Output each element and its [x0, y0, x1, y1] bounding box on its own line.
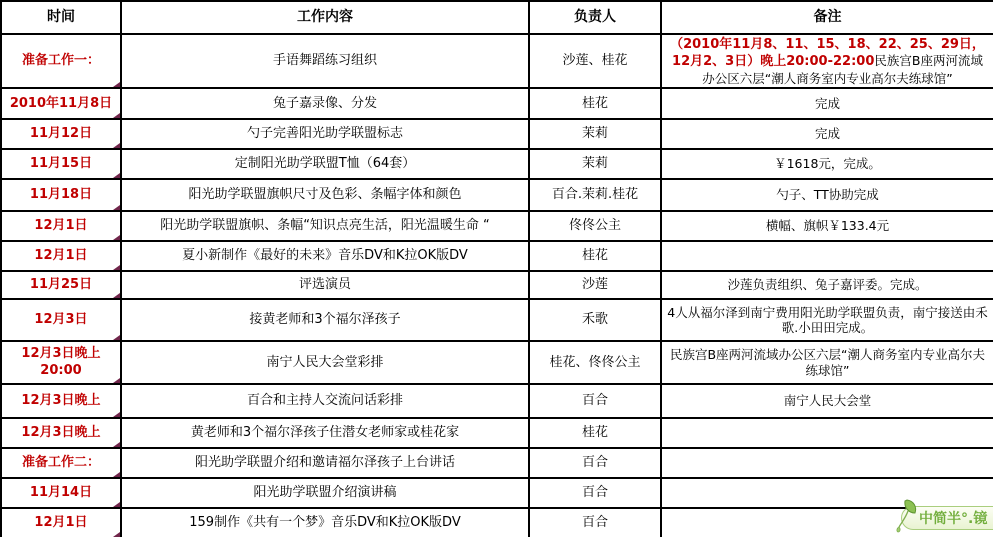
table-row: 12月3日接黄老师和3个福尔泽孩子禾歌4人从福尔泽到南宁费用阳光助学联盟负责，南… [1, 299, 993, 341]
content-cell: 阳光助学联盟介绍演讲稿 [121, 478, 529, 508]
note-cell: 4人从福尔泽到南宁费用阳光助学联盟负责，南宁接送由禾歌.小田田完成。 [661, 299, 993, 341]
content-cell: 百合和主持人交流问话彩排 [121, 384, 529, 418]
time-cell: 12月1日 [1, 241, 121, 271]
note-cell: ￥1618元，完成。 [661, 149, 993, 179]
owner-cell: 茉莉 [529, 149, 661, 179]
content-cell: 勺子完善阳光助学联盟标志 [121, 119, 529, 149]
note-cell: 勺子、TT协助完成 [661, 179, 993, 211]
note-cell: 民族宫B座两河流域办公区六层“潮人商务室内专业高尔夫练球馆” [661, 341, 993, 384]
schedule-table-image: 时间 工作内容 负责人 备注 准备工作一：手语舞蹈练习组织沙莲、桂花（2010年… [0, 0, 993, 537]
time-cell: 12月3日晚上 [1, 418, 121, 448]
note-text: 沙莲负责组织、兔子嘉评委。完成。 [727, 277, 927, 292]
owner-cell: 茉莉 [529, 119, 661, 149]
content-cell: 阳光助学联盟介绍和邀请福尔泽孩子上台讲话 [121, 448, 529, 478]
schedule-table-body: 准备工作一：手语舞蹈练习组织沙莲、桂花（2010年11月8、11、15、18、2… [1, 34, 993, 537]
content-cell: 接黄老师和3个福尔泽孩子 [121, 299, 529, 341]
note-text: 横幅、旗帜￥133.4元 [766, 218, 889, 233]
watermark-text: 中简半°.镜 [919, 508, 987, 528]
content-cell: 定制阳光助学联盟T恤（64套） [121, 149, 529, 179]
owner-cell: 沙莲 [529, 271, 661, 299]
note-cell [661, 478, 993, 508]
content-cell: 兔子嘉录像、分发 [121, 88, 529, 119]
table-row: 准备工作一：手语舞蹈练习组织沙莲、桂花（2010年11月8、11、15、18、2… [1, 34, 993, 88]
content-cell: 夏小新制作《最好的未来》音乐DV和K拉OK版DV [121, 241, 529, 271]
column-header-note: 备注 [661, 1, 993, 34]
time-cell: 11月18日 [1, 179, 121, 211]
time-cell: 12月3日晚上 [1, 384, 121, 418]
note-cell [661, 448, 993, 478]
note-cell [661, 418, 993, 448]
owner-cell: 百合 [529, 478, 661, 508]
leaf-icon [893, 498, 921, 534]
table-row: 2010年11月8日兔子嘉录像、分发桂花完成 [1, 88, 993, 119]
note-cell: 沙莲负责组织、兔子嘉评委。完成。 [661, 271, 993, 299]
time-cell: 11月14日 [1, 478, 121, 508]
note-text: 民族宫B座两河流域办公区六层“潮人商务室内专业高尔夫练球馆” [670, 347, 985, 378]
column-header-time: 时间 [1, 1, 121, 34]
content-cell: 手语舞蹈练习组织 [121, 34, 529, 88]
table-row: 11月25日评选演员沙莲沙莲负责组织、兔子嘉评委。完成。 [1, 271, 993, 299]
table-row: 11月18日阳光助学联盟旗帜尺寸及色彩、条幅字体和颜色百合.茉莉.桂花勺子、TT… [1, 179, 993, 211]
note-text: 南宁人民大会堂 [784, 393, 872, 408]
schedule-table: 时间 工作内容 负责人 备注 准备工作一：手语舞蹈练习组织沙莲、桂花（2010年… [0, 0, 993, 537]
content-cell: 南宁人民大会堂彩排 [121, 341, 529, 384]
owner-cell: 百合 [529, 448, 661, 478]
content-cell: 阳光助学联盟旗帜尺寸及色彩、条幅字体和颜色 [121, 179, 529, 211]
note-cell: 横幅、旗帜￥133.4元 [661, 211, 993, 241]
time-cell: 12月1日 [1, 508, 121, 537]
time-cell: 准备工作二： [1, 448, 121, 478]
time-cell: 准备工作一： [1, 34, 121, 88]
owner-cell: 桂花 [529, 418, 661, 448]
note-text: 完成 [815, 126, 840, 141]
table-row: 12月1日阳光助学联盟旗帜、条幅“知识点亮生活，阳光温暖生命 “佟佟公主横幅、旗… [1, 211, 993, 241]
time-cell: 12月1日 [1, 211, 121, 241]
content-cell: 阳光助学联盟旗帜、条幅“知识点亮生活，阳光温暖生命 “ [121, 211, 529, 241]
owner-cell: 百合 [529, 508, 661, 537]
time-cell: 2010年11月8日 [1, 88, 121, 119]
table-row: 12月3日晚上百合和主持人交流问话彩排百合南宁人民大会堂 [1, 384, 993, 418]
time-cell: 12月3日 [1, 299, 121, 341]
owner-cell: 百合 [529, 384, 661, 418]
owner-cell: 桂花、佟佟公主 [529, 341, 661, 384]
time-cell: 11月25日 [1, 271, 121, 299]
note-text: ￥1618元，完成。 [774, 156, 881, 171]
table-row: 11月15日定制阳光助学联盟T恤（64套）茉莉￥1618元，完成。 [1, 149, 993, 179]
table-row: 12月1日夏小新制作《最好的未来》音乐DV和K拉OK版DV桂花 [1, 241, 993, 271]
time-cell: 11月12日 [1, 119, 121, 149]
note-text: 完成 [815, 96, 840, 111]
table-row: 12月3日晚上 20:00南宁人民大会堂彩排桂花、佟佟公主民族宫B座两河流域办公… [1, 341, 993, 384]
note-cell [661, 241, 993, 271]
content-cell: 159制作《共有一个梦》音乐DV和K拉OK版DV [121, 508, 529, 537]
watermark-badge: 中简半°.镜 [901, 506, 993, 530]
note-cell: （2010年11月8、11、15、18、22、25、29日，12月2、3日）晚上… [661, 34, 993, 88]
owner-cell: 禾歌 [529, 299, 661, 341]
content-cell: 黄老师和3个福尔泽孩子住潜女老师家或桂花家 [121, 418, 529, 448]
column-header-owner: 负责人 [529, 1, 661, 34]
note-text: 勺子、TT协助完成 [776, 187, 879, 202]
owner-cell: 沙莲、桂花 [529, 34, 661, 88]
table-row: 准备工作二：阳光助学联盟介绍和邀请福尔泽孩子上台讲话百合 [1, 448, 993, 478]
note-cell: 南宁人民大会堂 [661, 384, 993, 418]
owner-cell: 佟佟公主 [529, 211, 661, 241]
time-cell: 11月15日 [1, 149, 121, 179]
time-cell: 12月3日晚上 20:00 [1, 341, 121, 384]
owner-cell: 桂花 [529, 241, 661, 271]
table-row: 11月14日阳光助学联盟介绍演讲稿百合 [1, 478, 993, 508]
note-cell: 完成 [661, 88, 993, 119]
note-cell: 完成 [661, 119, 993, 149]
table-row: 12月1日159制作《共有一个梦》音乐DV和K拉OK版DV百合 [1, 508, 993, 537]
column-header-content: 工作内容 [121, 1, 529, 34]
header-row: 时间 工作内容 负责人 备注 [1, 1, 993, 34]
owner-cell: 百合.茉莉.桂花 [529, 179, 661, 211]
note-text: 4人从福尔泽到南宁费用阳光助学联盟负责，南宁接送由禾歌.小田田完成。 [667, 305, 987, 336]
content-cell: 评选演员 [121, 271, 529, 299]
table-row: 12月3日晚上黄老师和3个福尔泽孩子住潜女老师家或桂花家桂花 [1, 418, 993, 448]
owner-cell: 桂花 [529, 88, 661, 119]
table-row: 11月12日勺子完善阳光助学联盟标志茉莉完成 [1, 119, 993, 149]
